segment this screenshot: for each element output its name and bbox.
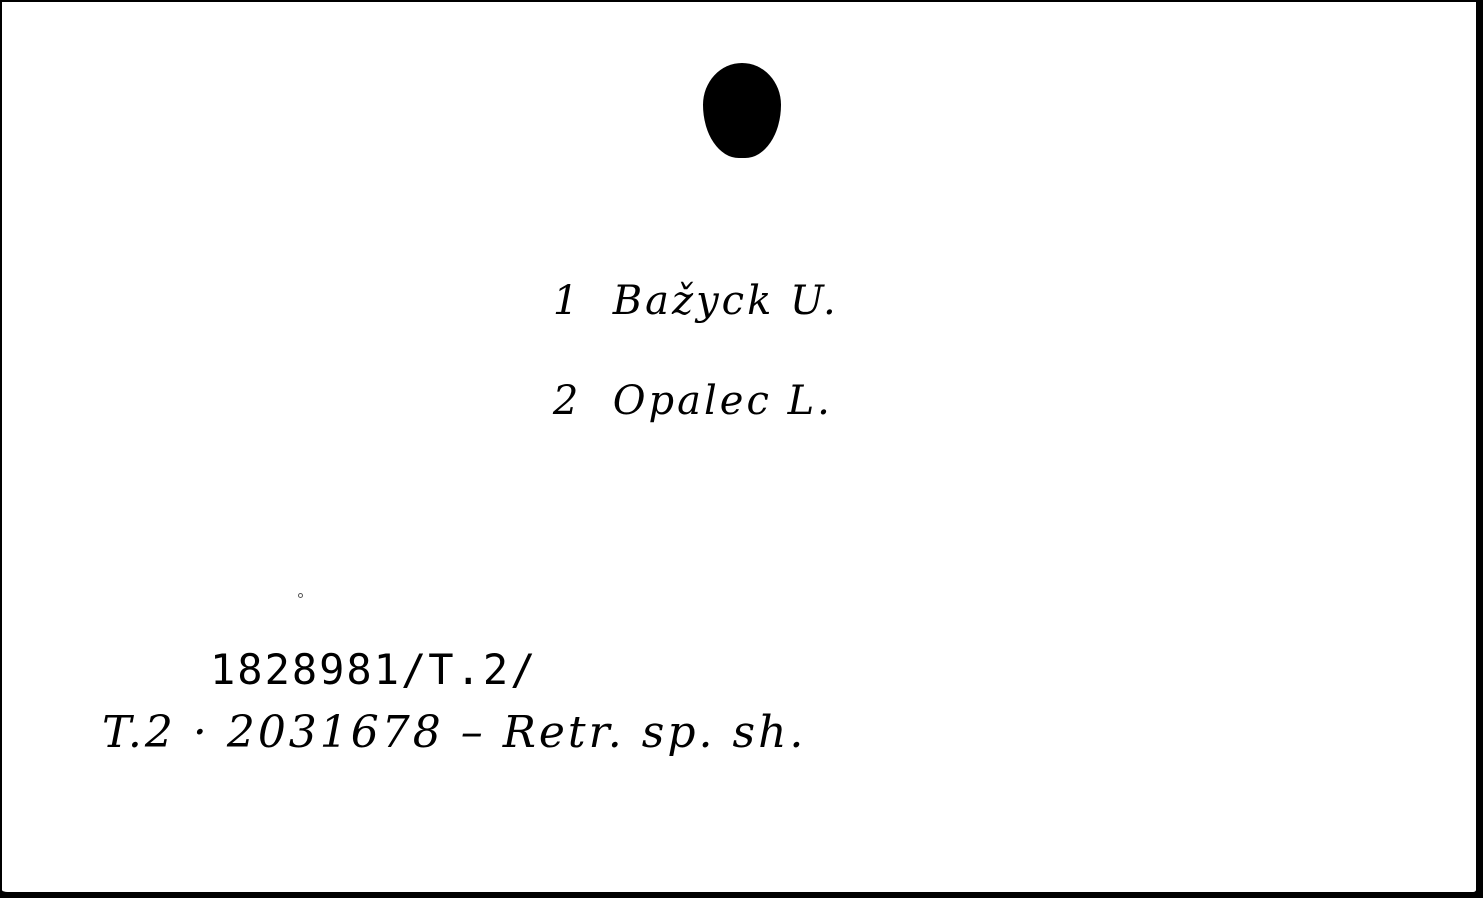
punch-hole xyxy=(703,63,781,158)
entry-number: 1 xyxy=(553,278,581,324)
handwritten-entry-2: 2 Opalec L. xyxy=(490,332,833,470)
speck xyxy=(298,593,303,598)
entry-name: Opalec L. xyxy=(613,378,833,424)
entry-name: Bažyck U. xyxy=(613,278,839,324)
entry-number: 2 xyxy=(553,378,581,424)
index-card: 1 Bažyck U. 2 Opalec L. 1828981/T.2/ T.2… xyxy=(2,2,1479,896)
typed-reference: 1828981/T.2/ xyxy=(210,645,537,694)
handwritten-reference: T.2 · 2031678 – Retr. sp. sh. xyxy=(102,707,806,758)
